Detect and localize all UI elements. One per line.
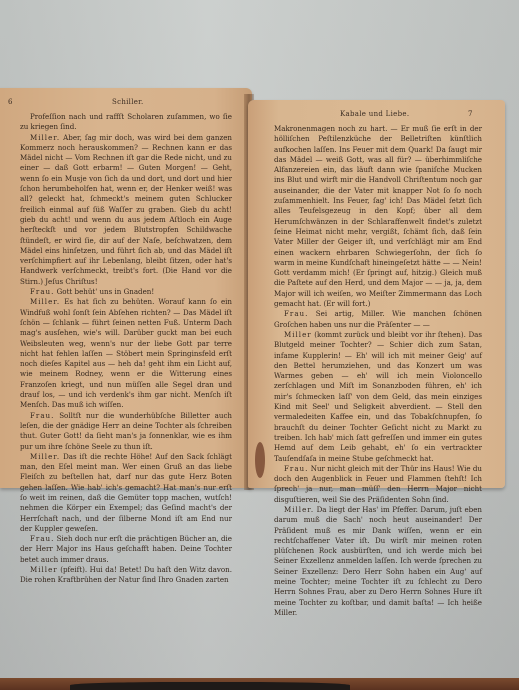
paragraph: Frau. Gott behüt' uns in Gnaden!: [20, 287, 232, 297]
speaker-name: Miller.: [30, 297, 60, 306]
paragraph: Miller (pfeift). Hui da! Betet! Du haſt …: [20, 565, 232, 586]
speaker-name: Miller.: [30, 133, 60, 142]
open-book: 6 Schiller. Profeſſion nach und raffſt S…: [0, 86, 519, 490]
running-head: Schiller.: [112, 98, 144, 106]
paragraph: Miller. Aber, ſag mir doch, was wird bei…: [20, 133, 232, 287]
running-head: Kabale und Liebe.: [340, 110, 409, 118]
page-text: Makronenmagen noch zu hart. — Er muß ſie…: [274, 124, 482, 618]
paragraph: Frau. Nur nicht gleich mit der Thür ins …: [274, 464, 482, 505]
speaker-name: Frau.: [30, 287, 54, 296]
paragraph: Miller. Es hat ſich zu behüten. Worauf k…: [20, 297, 232, 410]
table-shadow: [70, 682, 350, 690]
speaker-name: Frau.: [30, 534, 54, 543]
speaker-name: Miller: [284, 330, 312, 339]
speaker-name: Frau.: [30, 411, 54, 420]
left-page: 6 Schiller. Profeſſion nach und raffſt S…: [0, 88, 252, 488]
paragraph: Frau. Sei artig, Miller. Wie manchen ſch…: [274, 309, 482, 330]
page-number: 6: [8, 98, 13, 106]
speaker-name: Miller.: [284, 505, 314, 514]
paragraph: Frau. Sieh doch nur erſt die prächtigen …: [20, 534, 232, 565]
paragraph: Miller (kommt zurück und bleibt vor ihr …: [274, 330, 482, 464]
page-number: 7: [468, 110, 473, 118]
paper-stain: [255, 442, 265, 478]
paragraph: Makronenmagen noch zu hart. — Er muß ſie…: [274, 124, 482, 309]
paragraph: Profeſſion nach und raffſt Scholaren zuſ…: [20, 112, 232, 133]
speaker-name: Frau.: [284, 464, 308, 473]
speaker-name: Miller.: [30, 452, 60, 461]
speaker-name: Miller: [30, 565, 58, 574]
speaker-name: Frau.: [284, 309, 308, 318]
right-page: Kabale und Liebe. 7 Makronenmagen noch z…: [248, 100, 505, 488]
paragraph: Frau. Solltſt nur die wunderhübſche Bill…: [20, 411, 232, 452]
paragraph: Miller. Da liegt der Has' im Pfeffer. Da…: [274, 505, 482, 618]
page-text: Profeſſion nach und raffſt Scholaren zuſ…: [20, 112, 232, 586]
paragraph: Miller. Das iſt die rechte Höhe! Auf den…: [20, 452, 232, 534]
